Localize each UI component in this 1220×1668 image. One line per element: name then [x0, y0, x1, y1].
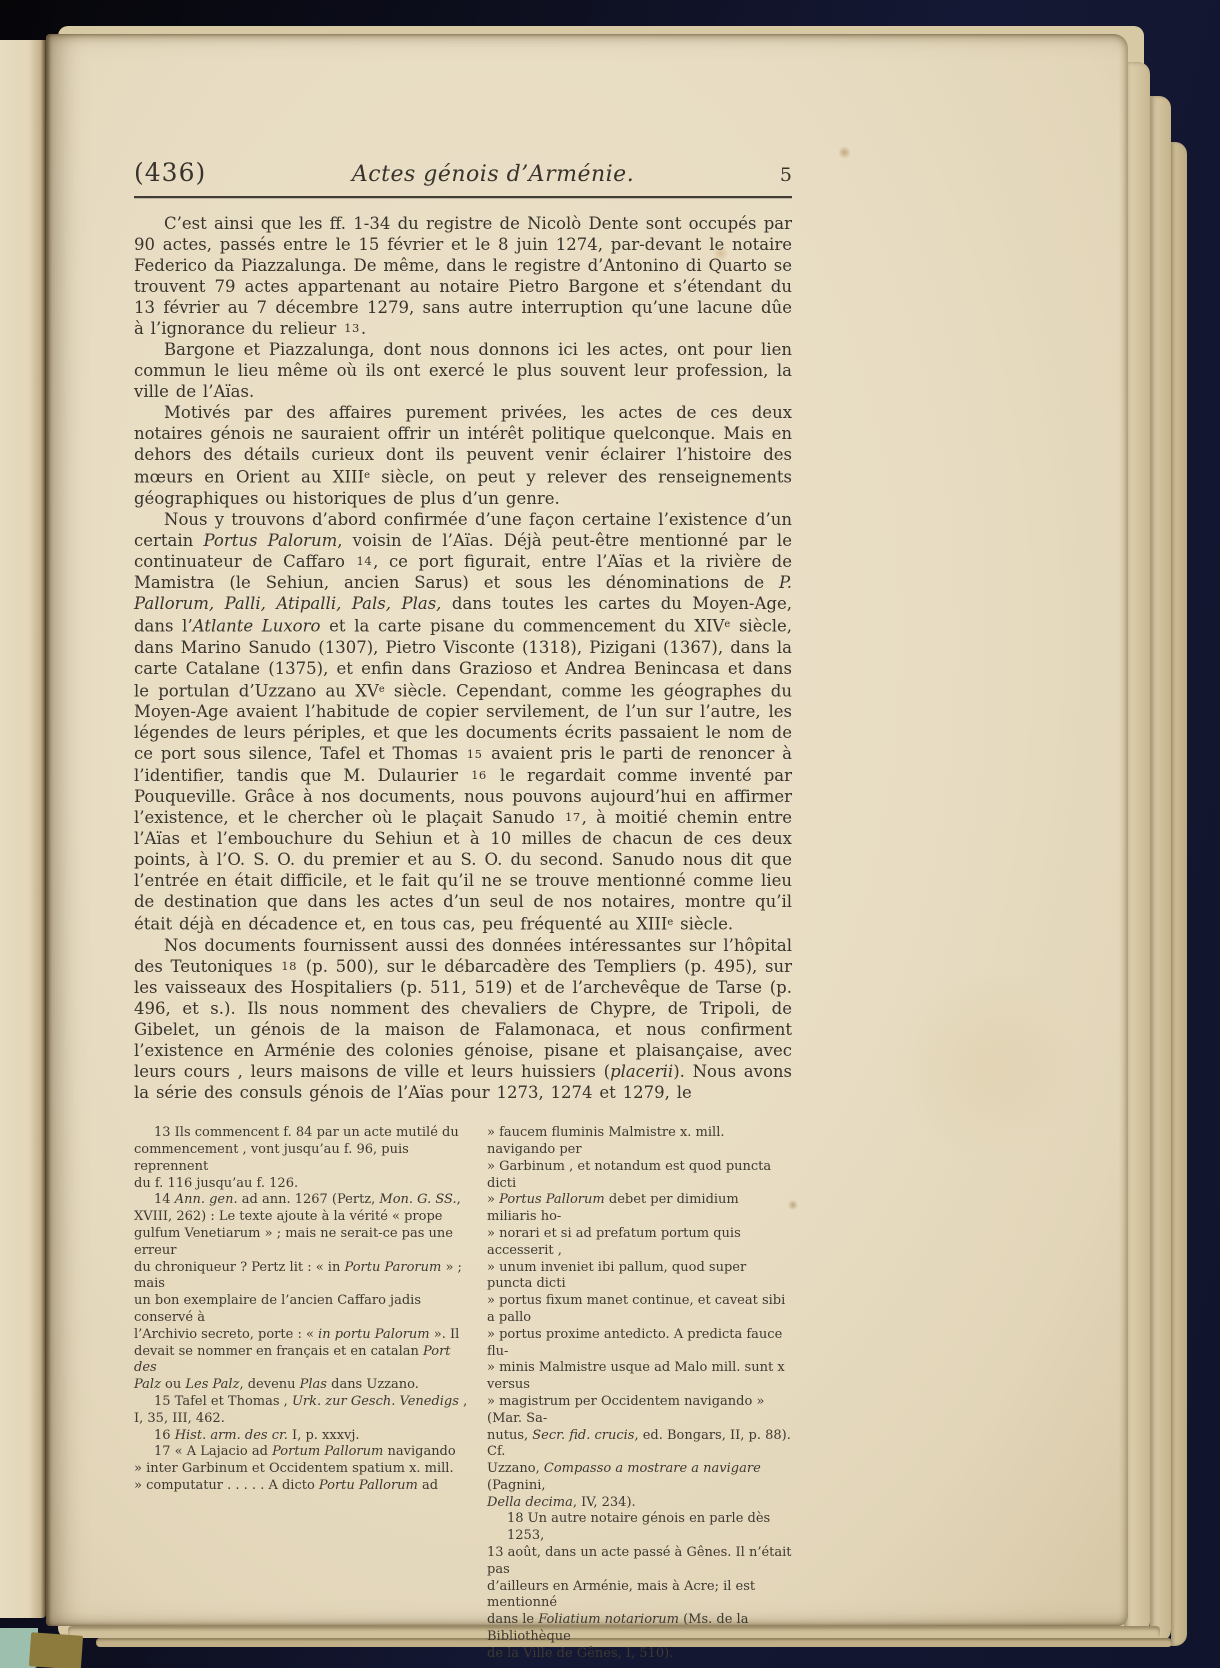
text-segment: Atlante Luxoro	[193, 617, 321, 636]
paper-stain	[874, 974, 1104, 1154]
text-segment: » magistrum per Occidentem navigando » (…	[487, 1394, 764, 1426]
text-segment: Della decima	[487, 1495, 573, 1510]
text-segment: un bon exemplaire de l’ancien Caffaro ja…	[134, 1293, 421, 1325]
text-segment: 18 Un autre notaire génois en parle dès …	[507, 1511, 770, 1543]
text-segment: Les Palz	[185, 1377, 239, 1392]
footnote-line: » portus fixum manet continue, et caveat…	[487, 1293, 792, 1327]
footnote-line: 18 Un autre notaire génois en parle dès …	[487, 1511, 792, 1545]
footnote-line: du chroniqueur ? Pertz lit : « in Portu …	[134, 1260, 472, 1294]
text-segment: 14	[154, 1192, 175, 1207]
header-folio: (436)	[134, 158, 206, 187]
text-segment: ,	[457, 1192, 461, 1207]
text-segment: du f. 116 jusqu’au f. 126.	[134, 1176, 298, 1191]
paragraph: Bargone et Piazzalunga, dont nous donnon…	[134, 339, 792, 402]
text-segment: I, p. xxxvj.	[288, 1428, 360, 1443]
footnote-ref: 14	[355, 554, 373, 568]
page-stack-edge-right-2	[1150, 96, 1171, 1642]
page-stack-edge-right-3	[1171, 142, 1187, 1646]
footnote-line: 17 « A Lajacio ad Portum Pallorum naviga…	[134, 1444, 472, 1461]
footnote-ref: 16	[470, 768, 488, 782]
text-segment: Plas	[300, 1377, 327, 1392]
footnote-line: » Portus Pallorum debet per dimidium mil…	[487, 1192, 792, 1226]
text-segment: »	[487, 1192, 499, 1207]
page-number: 5	[780, 164, 792, 186]
text-segment: l’Archivio secreto, porte : «	[134, 1327, 318, 1342]
text-segment: in portu Palorum	[318, 1327, 430, 1342]
footnote-ref: 15	[466, 747, 484, 761]
text-segment: .	[361, 319, 366, 338]
footnote-line: Palz ou Les Palz, devenu Plas dans Uzzan…	[134, 1377, 472, 1394]
footnotes-right-column: » faucem fluminis Malmistre x. mill. nav…	[487, 1125, 792, 1663]
footnote-line: » faucem fluminis Malmistre x. mill. nav…	[487, 1125, 792, 1159]
text-segment: ». Il	[430, 1327, 460, 1342]
paragraph: Nos documents fournissent aussi des donn…	[134, 935, 792, 1103]
page-title: Actes génois d’Arménie.	[352, 162, 634, 187]
text-segment: de la Ville de Gênes, I, 510).	[487, 1646, 673, 1661]
text-segment: Mon. G. SS.	[379, 1192, 456, 1207]
paragraph: C’est ainsi que les ff. 1-34 du registre…	[134, 213, 792, 339]
text-segment: siècle.	[673, 915, 733, 934]
text-segment: » norari et si ad prefatum portum quis a…	[487, 1226, 741, 1258]
book-cover-fragment-olive	[29, 1632, 83, 1668]
footnote-line: » portus proxime antedicto. A predicta f…	[487, 1327, 792, 1361]
paragraph: Motivés par des affaires purement privée…	[134, 402, 792, 508]
text-segment: , devenu	[239, 1377, 299, 1392]
footnote-line: commencement , vont jusqu’au f. 96, puis…	[134, 1142, 472, 1176]
text-segment: devait se nommer en français et en catal…	[134, 1344, 423, 1359]
footnotes-left-column: 13 Ils commencent f. 84 par un acte muti…	[134, 1125, 472, 1663]
footnote-line: un bon exemplaire de l’ancien Caffaro ja…	[134, 1293, 472, 1327]
footnote-ref: 17	[564, 810, 582, 824]
text-segment: Secr. fid. crucis	[532, 1428, 634, 1443]
text-segment: Portus Pallorum	[499, 1192, 605, 1207]
page: (436) Actes génois d’Arménie. 5 C’est ai…	[46, 34, 1128, 1626]
footnote-line: 15 Tafel et Thomas , Urk. zur Gesch. Ven…	[134, 1394, 472, 1411]
text-segment: nutus,	[487, 1428, 532, 1443]
text-segment: Palz	[134, 1377, 161, 1392]
text-segment: dans le	[487, 1612, 538, 1627]
text-segment: » Garbinum , et notandum est quod puncta…	[487, 1159, 771, 1191]
footnote-line: I, 35, III, 462.	[134, 1411, 472, 1428]
footnote-line: » unum inveniet ibi pallum, quod super p…	[487, 1260, 792, 1294]
footnote-ref: 18	[280, 959, 298, 973]
footnote-line: devait se nommer en français et en catal…	[134, 1344, 472, 1378]
text-segment: navigando	[383, 1444, 455, 1459]
text-segment: Hist. arm. des cr.	[175, 1428, 288, 1443]
footnote-line: du f. 116 jusqu’au f. 126.	[134, 1176, 472, 1193]
footnote-ref: 13	[343, 321, 361, 335]
text-segment: 15 Tafel et Thomas ,	[154, 1394, 292, 1409]
text-segment: I, 35, III, 462.	[134, 1411, 225, 1426]
text-segment: » computatur . . . . . A dicto	[134, 1478, 319, 1493]
text-segment: C’est ainsi que les ff. 1-34 du registre…	[134, 214, 792, 338]
body-text: C’est ainsi que les ff. 1-34 du registre…	[134, 213, 792, 1103]
footnote-line: » Garbinum , et notandum est quod puncta…	[487, 1159, 792, 1193]
text-segment: Foliatium notariorum	[538, 1612, 679, 1627]
footnote-line: d’ailleurs en Arménie, mais à Acre; il e…	[487, 1579, 792, 1613]
footnote-line: XVIII, 262) : Le texte ajoute à la vérit…	[134, 1209, 472, 1226]
text-segment: 16	[154, 1428, 175, 1443]
footnotes: 13 Ils commencent f. 84 par un acte muti…	[134, 1125, 792, 1663]
paragraph: Nous y trouvons d’abord confirmée d’une …	[134, 509, 792, 935]
text-segment: ad	[418, 1478, 438, 1493]
text-segment: » portus fixum manet continue, et caveat…	[487, 1293, 785, 1325]
footnote-line: l’Archivio secreto, porte : « in portu P…	[134, 1327, 472, 1344]
footnote-line: » minis Malmistre usque ad Malo mill. su…	[487, 1360, 792, 1394]
text-segment: » minis Malmistre usque ad Malo mill. su…	[487, 1360, 785, 1392]
text-segment: Compasso a mostrare a navigare	[544, 1461, 761, 1476]
footnote-line: 13 Ils commencent f. 84 par un acte muti…	[134, 1125, 472, 1142]
footnote-line: » magistrum per Occidentem navigando » (…	[487, 1394, 792, 1428]
text-segment: Portum Pallorum	[272, 1444, 383, 1459]
text-segment: commencement , vont jusqu’au f. 96, puis…	[134, 1142, 409, 1174]
footnote-line: Della decima, IV, 234).	[487, 1495, 792, 1512]
footnote-line: Uzzano, Compasso a mostrare a navigare (…	[487, 1461, 792, 1495]
text-segment: 17 « A Lajacio ad	[154, 1444, 272, 1459]
text-segment: » portus proxime antedicto. A predicta f…	[487, 1327, 782, 1359]
text-segment: dans Uzzano.	[327, 1377, 419, 1392]
footnote-line: 14 Ann. gen. ad ann. 1267 (Pertz, Mon. G…	[134, 1192, 472, 1209]
text-segment: XVIII, 262) : Le texte ajoute à la vérit…	[134, 1209, 442, 1224]
text-segment: Portu Parorum	[344, 1260, 441, 1275]
footnote-line: dans le Foliatium notariorum (Ms. de la …	[487, 1612, 792, 1646]
text-segment: placerii	[610, 1062, 673, 1081]
text-segment: gulfum Venetiarum » ; mais ne serait-ce …	[134, 1226, 453, 1258]
text-segment: 13 Ils commencent f. 84 par un acte muti…	[154, 1125, 459, 1140]
footnote-line: 13 août, dans un acte passé à Gênes. Il …	[487, 1545, 792, 1579]
text-segment: Bargone et Piazzalunga, dont nous donnon…	[134, 340, 792, 401]
text-segment: ou	[161, 1377, 185, 1392]
text-segment: » faucem fluminis Malmistre x. mill. nav…	[487, 1125, 725, 1157]
text-segment: ad ann. 1267 (Pertz,	[238, 1192, 380, 1207]
text-segment: et la carte pisane du commencement du XI…	[320, 617, 724, 636]
text-segment: (Pagnini,	[487, 1478, 546, 1493]
footnote-line: » norari et si ad prefatum portum quis a…	[487, 1226, 792, 1260]
text-segment: ,	[459, 1394, 467, 1409]
text-segment: Portus Palorum	[203, 531, 337, 550]
header-rule	[134, 196, 792, 198]
print-block: (436) Actes génois d’Arménie. 5 C’est ai…	[134, 158, 792, 1663]
paper-stain	[838, 146, 851, 159]
text-segment: 13 août, dans un acte passé à Gênes. Il …	[487, 1545, 792, 1577]
text-segment: d’ailleurs en Arménie, mais à Acre; il e…	[487, 1579, 755, 1611]
text-segment: Urk. zur Gesch. Venedigs	[292, 1394, 459, 1409]
text-segment: , IV, 234).	[573, 1495, 636, 1510]
text-segment: du chroniqueur ? Pertz lit : « in	[134, 1260, 344, 1275]
footnote-line: » inter Garbinum et Occidentem spatium x…	[134, 1461, 472, 1478]
book-photo: { "header": { "folio": "(436)", "title":…	[0, 0, 1220, 1668]
facing-page-edge	[0, 40, 46, 1618]
footnote-line: gulfum Venetiarum » ; mais ne serait-ce …	[134, 1226, 472, 1260]
running-head: (436) Actes génois d’Arménie. 5	[134, 158, 792, 187]
text-segment: Portu Pallorum	[319, 1478, 418, 1493]
text-segment: » inter Garbinum et Occidentem spatium x…	[134, 1461, 454, 1476]
footnote-line: de la Ville de Gênes, I, 510).	[487, 1646, 792, 1663]
text-segment: Uzzano,	[487, 1461, 544, 1476]
footnote-line: » computatur . . . . . A dicto Portu Pal…	[134, 1478, 472, 1495]
text-segment: Ann. gen.	[175, 1192, 238, 1207]
footnote-line: nutus, Secr. fid. crucis, ed. Bongars, I…	[487, 1428, 792, 1462]
text-segment: » unum inveniet ibi pallum, quod super p…	[487, 1260, 746, 1292]
footnote-line: 16 Hist. arm. des cr. I, p. xxxvj.	[134, 1428, 472, 1445]
